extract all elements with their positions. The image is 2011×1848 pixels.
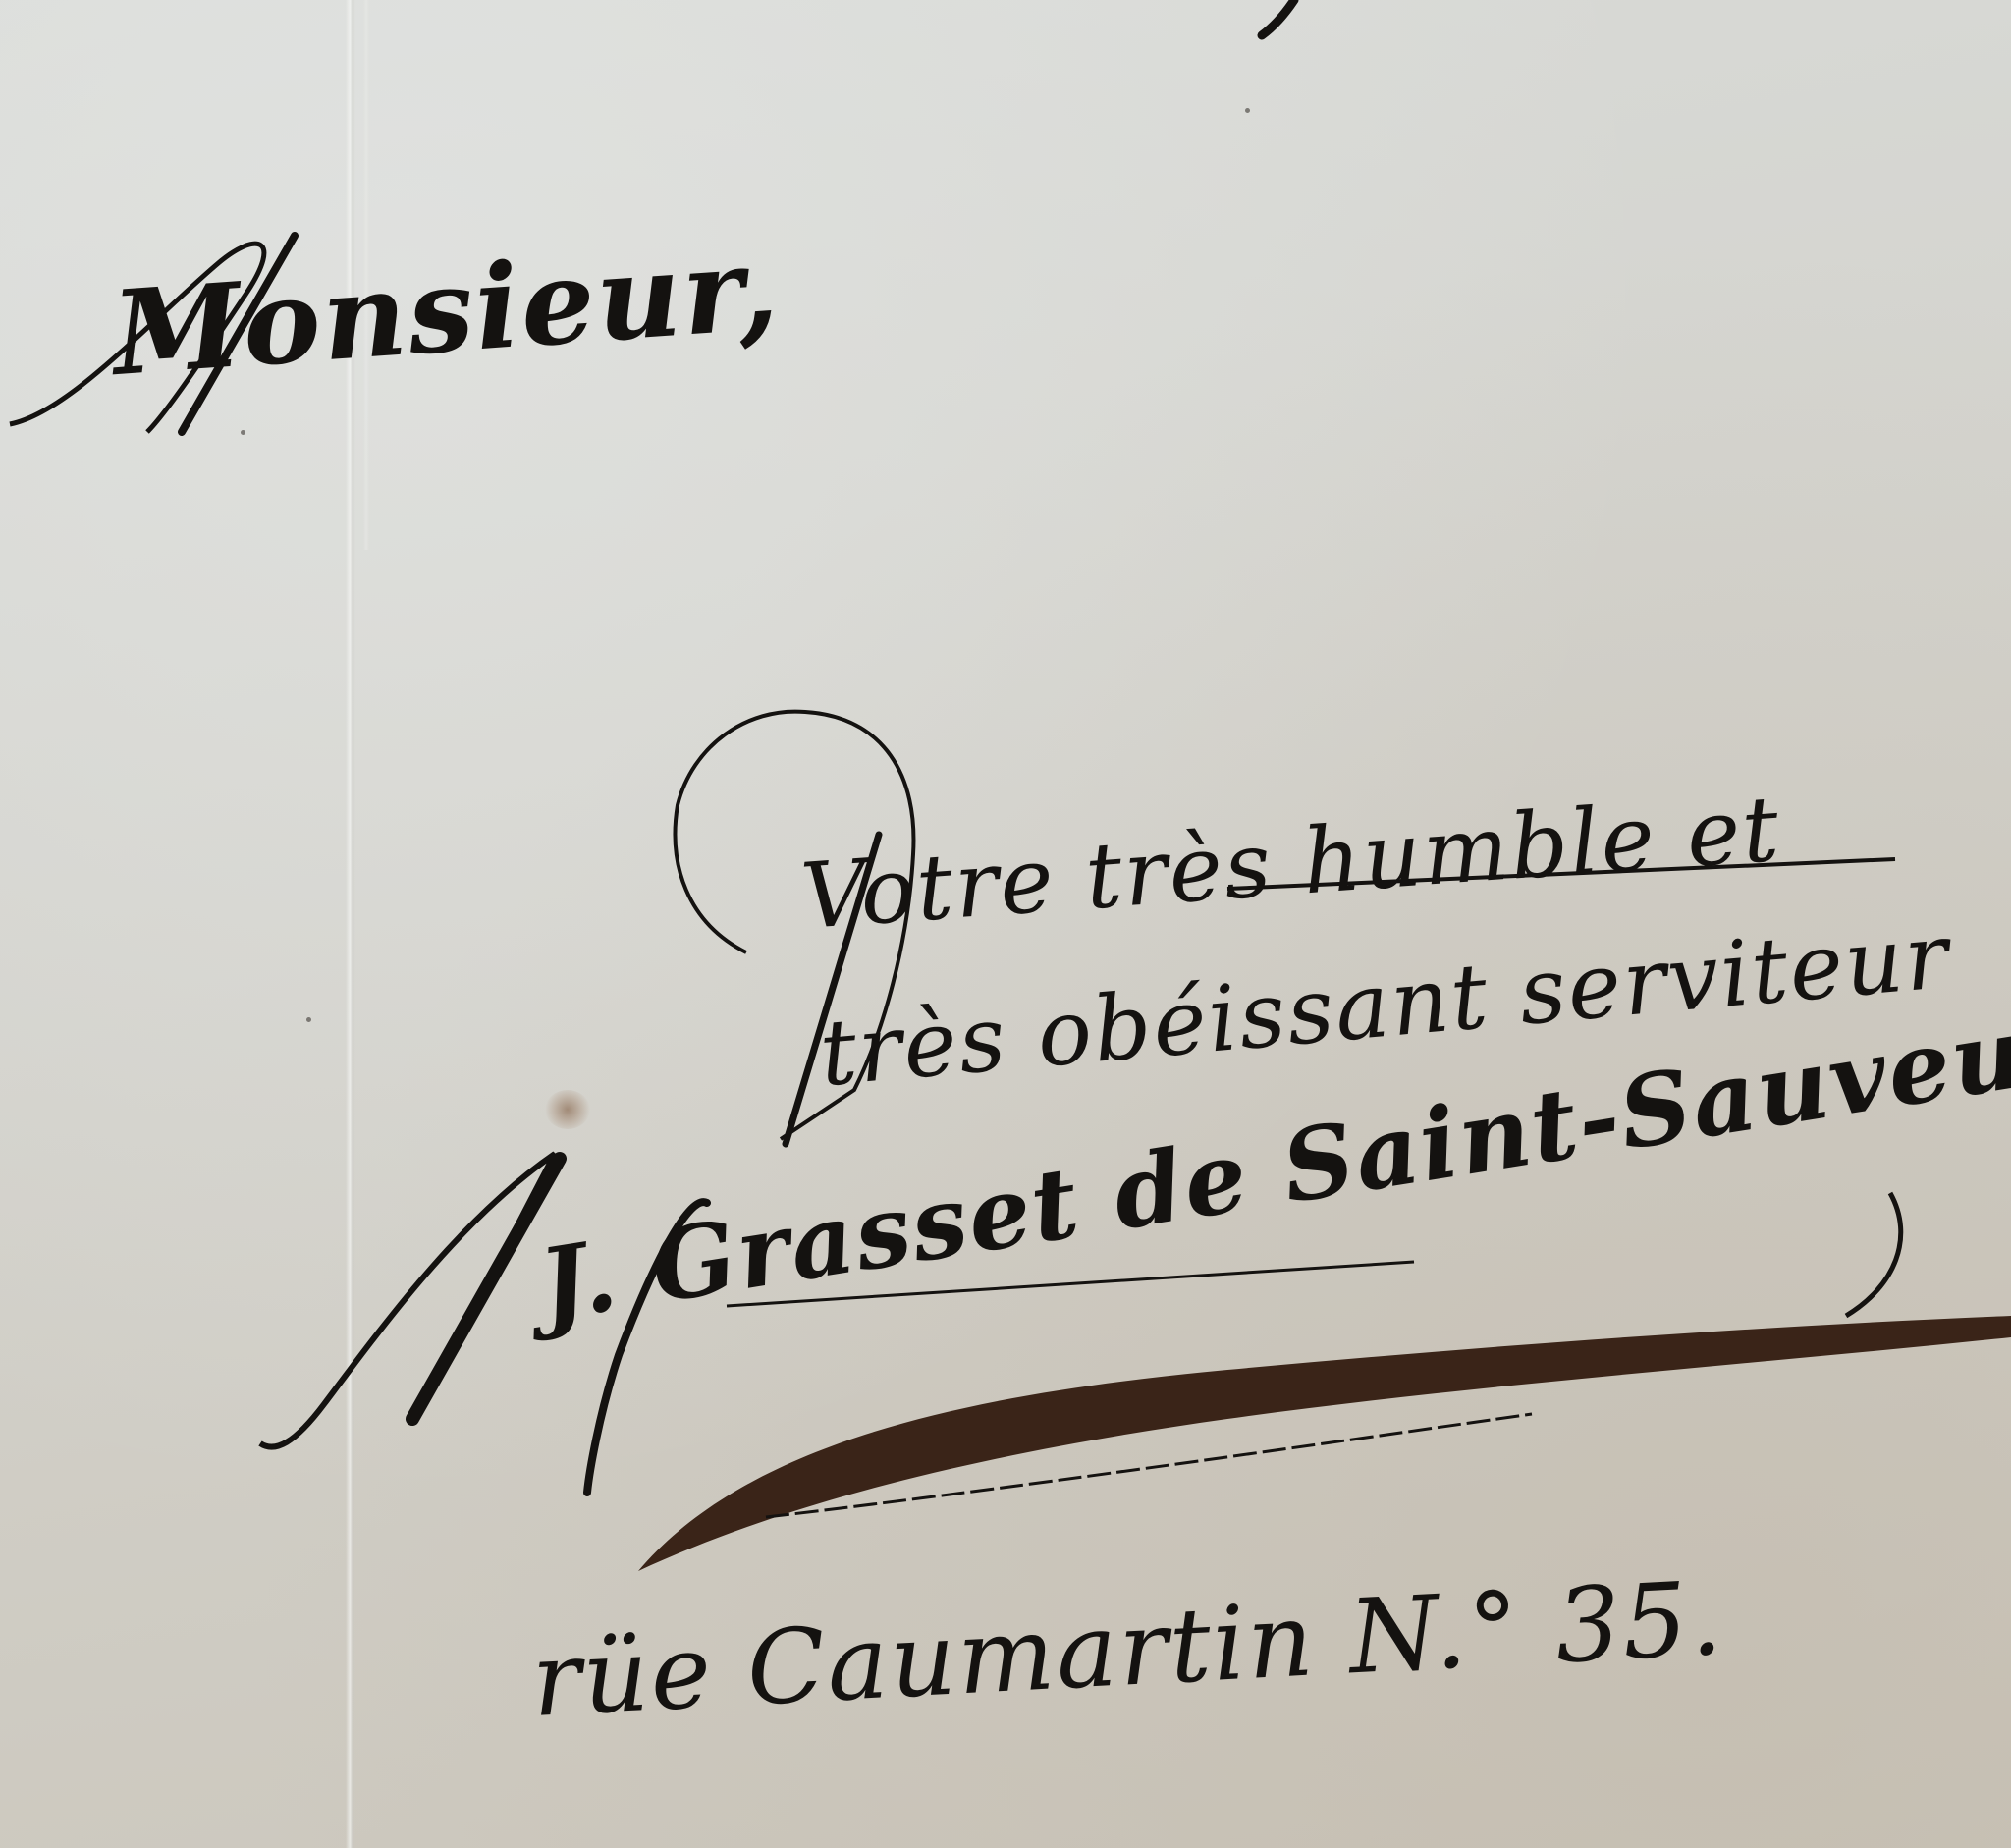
paper-speck: [241, 430, 245, 435]
foxing-stain: [545, 1090, 590, 1129]
paper-speck: [306, 1017, 311, 1022]
paper-speck: [1245, 108, 1250, 113]
